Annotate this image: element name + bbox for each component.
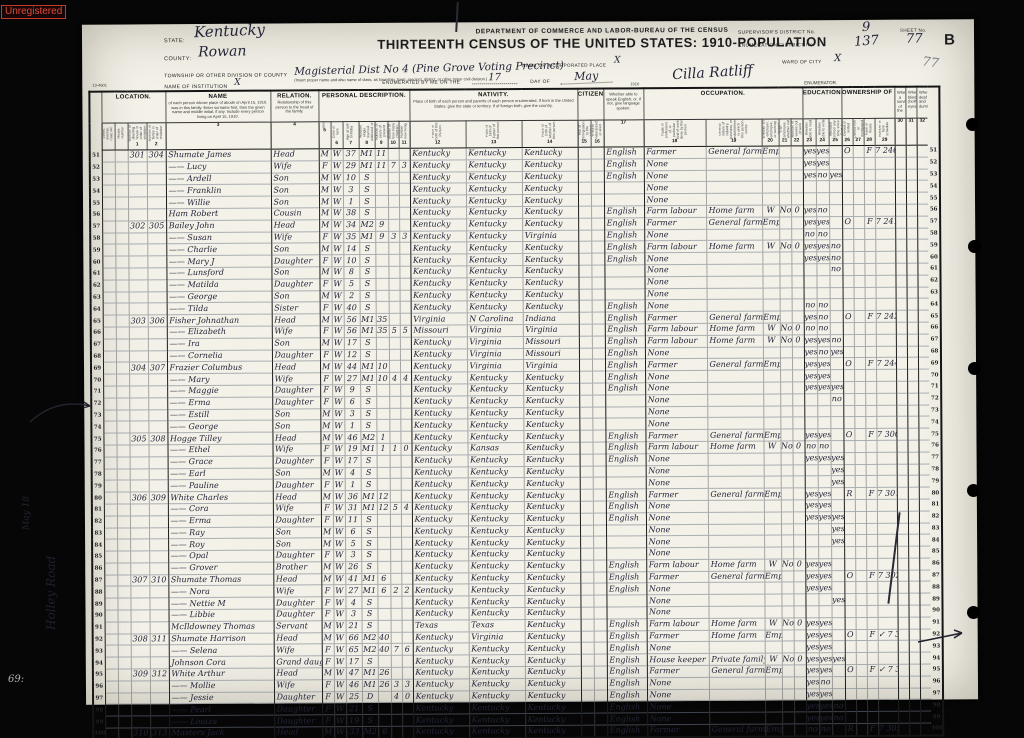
cell-dw [128,244,147,256]
cell-fh [865,370,876,382]
cell-bp: Kentucky [413,655,469,667]
cell-ow [780,405,792,417]
cell-wk [792,370,804,382]
cell-cb [390,538,401,550]
cell-rl: Daughter [273,455,321,467]
cell-wr: no [817,323,830,335]
cell-on [843,381,854,393]
cell-vet [895,216,906,228]
cell-rl: Daughter [273,514,321,526]
cell-on [843,287,854,299]
cell-bl [907,322,918,334]
cell-nt [593,525,606,537]
cell-street [104,516,117,528]
line-number-left: 93 [93,646,105,658]
cell-en: English [605,300,645,312]
cell-iy [581,690,594,702]
cell-dw: 301 [128,150,147,162]
cell-df [919,523,930,535]
cell-rl: Head [272,314,320,326]
cell-bf: Kentucky [467,289,523,301]
cell-wk [793,488,805,500]
cell-bp: Kentucky [413,714,469,726]
line-number-right: 59 [928,239,940,251]
cell-house [118,681,131,693]
cell-fs [876,346,896,358]
cell-ind: Home farm [708,441,764,453]
cell-bm: Kentucky [523,383,579,395]
cell-em: Emp [762,217,779,229]
cell-ym [377,467,390,479]
cell-nt [593,489,606,501]
cell-dw: 310 [131,728,150,738]
cell-dw [130,551,149,563]
cell-house [117,516,130,528]
cell-sx: F [321,503,333,515]
cell-wr: yes [818,500,831,512]
cell-fm: 309 [149,492,168,504]
cell-ag: 3 [344,408,360,420]
cell-ms: S [360,337,376,349]
line-number-left: 69 [91,362,103,374]
cell-ag: 31 [345,502,361,514]
column-header-19: General nature of industry, business, or… [706,119,762,146]
cell-rl: Daughter [274,703,322,715]
cell-df [918,334,929,346]
cell-house [115,209,128,221]
line-number-right: 67 [929,334,941,346]
line-number-right: 81 [930,499,942,511]
cell-cl: 4 [400,372,411,384]
cell-fm [148,291,167,303]
hole-arrow [916,626,968,646]
cell-fs [876,322,896,334]
cell-nm: —— Elizabeth [167,326,272,338]
cell-bf: Kentucky [467,419,523,431]
cell-fr [856,629,867,641]
cell-bf: Kentucky [468,454,524,466]
cell-vet [898,617,909,629]
cell-iy [579,359,592,371]
cell-cb [391,667,402,679]
cell-fs [877,511,897,523]
cell-oc: None [644,264,706,276]
cell-fm [149,468,168,480]
cell-rl: Sister [272,302,320,314]
cell-ms: M2 [362,632,378,644]
cell-cb [389,361,400,373]
cell-nm: —— Franklin [166,184,271,196]
cell-on [842,181,853,193]
enumerated-label: ENUMERATED BY ME ON THE [382,80,460,85]
line-number-left: 70 [91,374,103,386]
cell-street [104,504,117,516]
county-value: Rowan [198,43,247,60]
cell-dw [131,716,150,728]
cell-rl: Son [273,467,321,479]
cell-ind [708,512,764,524]
cell-sc [831,558,844,570]
cell-ms: S [360,420,376,432]
cell-oc: Farmer [647,724,709,737]
column-header-24: Whether able to write24 [816,119,829,146]
cell-fr [856,712,867,724]
cell-iy [580,466,593,478]
cell-sc [829,193,842,205]
cell-df [918,416,929,428]
cell-em [765,606,782,618]
cell-bl [906,145,917,157]
column-header-7: Age at last birthday7 [343,122,359,149]
cell-fh [867,617,878,629]
cell-bp: Kentucky [412,490,468,502]
cell-ind [707,417,763,429]
cell-em [763,288,780,300]
cell-oc: None [646,524,708,536]
cell-en: English [605,430,645,442]
cell-vet [897,452,908,464]
cell-iy [581,702,594,714]
cell-wk [791,252,803,264]
cell-ms: S [359,255,375,267]
cell-em [764,594,781,606]
line-number-left: 81 [92,504,104,516]
cell-em: W [764,441,781,453]
cell-bp: Kentucky [412,514,468,526]
line-number-left: 77 [92,457,104,469]
cell-fh: F [867,629,878,641]
cell-ow [779,158,791,170]
line-number-right: 95 [931,664,943,676]
cell-en: English [607,713,647,725]
cell-bl [907,357,918,369]
cell-ind [706,229,762,241]
cell-house [116,445,129,457]
cell-cl [400,278,411,290]
line-number-right: 98 [931,699,943,711]
cell-fr [853,228,864,240]
cell-house [118,704,131,716]
cell-cb [390,479,401,491]
cell-cb [390,549,401,561]
cell-cr: W [332,361,344,373]
line-number-right: 90 [931,605,943,617]
cell-wr: no [818,441,831,453]
cell-street [102,174,115,186]
cell-fs [878,605,898,617]
cell-on [842,193,853,205]
cell-ag: 38 [343,208,359,220]
cell-sc [832,688,845,700]
column-header-20: Whether an employer, employee, or workin… [762,119,779,146]
cell-cl [402,714,413,726]
cell-cb: 1 [390,443,401,455]
cell-bf: Kentucky [466,183,522,195]
punch-hole [968,362,981,375]
cell-wr [816,193,829,205]
cell-ind [708,547,764,559]
cell-fr [854,417,865,429]
cell-wk [792,287,804,299]
cell-bm: Kentucky [522,171,578,183]
cell-on: O [842,216,853,228]
cell-cb: 4 [389,372,400,384]
cell-wk [791,276,803,288]
cell-fh [865,417,876,429]
cell-dw [131,622,150,634]
day-of-label: DAY OF [530,80,550,85]
cell-en: English [605,312,645,324]
cell-wr: yes [818,582,831,594]
cell-dw [129,339,148,351]
cell-ym: 35 [376,325,389,337]
cell-ind [706,193,762,205]
cell-ym [375,266,388,278]
cell-oc: Farm labour [646,559,708,571]
cell-bl [906,228,917,240]
corner-margin-note: 69: [8,674,24,685]
cell-house [116,409,129,421]
cell-em: Emp [765,724,782,736]
cell-nt [594,678,607,690]
cell-bp: Kentucky [410,266,466,278]
cell-cb [391,715,402,727]
cell-rl: Daughter [273,479,321,491]
cell-ym: 6 [377,585,390,597]
cell-iy [578,194,591,206]
cell-bp: Kentucky [413,702,469,714]
cell-iy [579,430,592,442]
cell-sc [832,641,845,653]
cell-oc: Farm labour [647,618,709,630]
cell-rl: Daughter [272,349,320,361]
cell-rl: Cousin [271,208,319,220]
cell-on: O [845,665,856,677]
cell-ow [781,453,793,465]
cell-df [919,440,930,452]
cell-oc: None [644,276,706,288]
cell-ow [781,476,793,488]
cell-fr [856,665,867,677]
cell-bl [908,487,919,499]
cell-cr: W [332,278,344,290]
cell-fm [148,397,167,409]
cell-rd: yes [805,582,818,594]
cell-ow [782,689,794,701]
cell-street [102,197,115,209]
line-number-right: 61 [928,263,940,275]
cell-sx: F [320,349,332,361]
cell-street [103,327,116,339]
line-number-right: 96 [931,676,943,688]
cell-rd: yes [805,452,818,464]
cell-fr [856,641,867,653]
cell-wk: 0 [793,441,805,453]
cell-ag: 35 [343,231,359,243]
cell-iy [579,348,592,360]
cell-sx: M [320,361,332,373]
cell-ag: 1 [344,420,360,432]
cell-wr: yes [818,452,831,464]
cell-rd [804,276,817,288]
cell-en [605,288,645,300]
cell-bm: Kentucky [522,194,578,206]
cell-cr: W [334,703,346,715]
line-number-right: 79 [930,475,942,487]
cell-cl [402,608,413,620]
cell-cb [391,632,402,644]
cell-df [918,322,929,334]
cell-wr: yes [817,370,830,382]
cell-oc: Farmer [644,146,706,158]
cell-df [917,228,928,240]
column-header-18: Trade or profession of, or particular ki… [644,119,706,146]
cell-iy [579,371,592,383]
cell-em: Emp [763,311,780,323]
cell-ag: 4 [345,467,361,479]
cell-ow [781,594,793,606]
cell-em [764,464,781,476]
cell-wk [794,700,806,712]
cell-nm: Masters Jack [169,727,274,738]
cell-vet [896,322,907,334]
cell-fr [855,547,866,559]
cell-bm: Kentucky [523,301,579,313]
cell-iy [579,336,592,348]
cell-ow [781,488,793,500]
cell-vet [895,251,906,263]
cell-nm: White Arthur [169,668,274,680]
cell-fh [867,641,878,653]
cell-house [116,374,129,386]
cell-on [842,228,853,240]
cell-rl: Wife [272,326,320,338]
cell-cr: W [333,538,345,550]
cell-en [606,536,646,548]
line-number-left: 57 [90,221,102,233]
cell-bp: Kentucky [410,207,466,219]
line-number-left: 63 [91,292,103,304]
cell-ag: 56 [344,325,360,337]
cell-dw [130,527,149,539]
cell-wk [793,476,805,488]
cell-on: O [845,629,856,641]
cell-nt [594,666,607,678]
cell-df [918,369,929,381]
cell-on [844,535,855,547]
cell-on [844,499,855,511]
cell-fr [854,287,865,299]
cell-rl: Wife [272,373,320,385]
line-number-right: 94 [931,652,943,664]
cell-ym [378,715,391,727]
cell-bl [908,440,919,452]
cell-wr [818,594,831,606]
cell-fm [148,445,167,457]
cell-em: W [765,618,782,630]
cell-oc: None [646,465,708,477]
cell-on [845,641,856,653]
cell-em [764,547,781,559]
cell-en: English [605,336,645,348]
incorporated-value: X [614,55,620,65]
cell-wk: 0 [792,335,804,347]
cell-cb [389,420,400,432]
cell-fh [866,452,877,464]
line-number-right: 100 [931,723,943,735]
cell-bp: Kentucky [411,289,467,301]
cell-bf: Kentucky [469,726,525,738]
cell-rd: yes [804,429,817,441]
cell-bl [907,346,918,358]
cell-ms: S [361,455,377,467]
cell-bm: Virginia [523,324,579,336]
cell-street [102,209,115,221]
cell-vet [897,534,908,546]
cell-ag: 14 [343,243,359,255]
line-number-right: 77 [930,452,942,464]
cell-dw [128,268,147,280]
cell-sx: M [321,573,333,585]
cell-vet [896,346,907,358]
cell-iy [578,147,591,159]
cell-bm: Kentucky [524,548,580,560]
cell-rl: Wife [273,444,321,456]
cell-bp: Kentucky [410,242,466,254]
column-header-house: House number [115,123,128,150]
column-header-29: Number of farm schedule29 [875,118,895,145]
cell-em: W [765,653,782,665]
cell-ym [378,691,391,703]
cell-vet [898,711,909,723]
cell-df [918,381,929,393]
cell-iy [580,595,593,607]
cell-wk [791,264,803,276]
cell-cb [388,195,399,207]
cell-ym: 40 [378,644,391,656]
cell-sx: F [320,302,332,314]
cell-cr: W [333,585,345,597]
cell-df [917,204,928,216]
cell-on: O [843,429,854,441]
column-header-22: Number of weeks out of work during year … [791,119,803,146]
cell-house [116,315,129,327]
cell-cb [388,207,399,219]
cell-street [102,221,115,233]
column-header-4: 4 [271,122,319,149]
cell-vet [896,381,907,393]
cell-oc: Farmer [645,359,707,371]
cell-iy [578,241,591,253]
line-number-left: 62 [90,280,102,292]
cell-em [765,700,782,712]
cell-fh: F [867,723,878,735]
cell-sx: M [320,432,332,444]
cell-sc [829,228,842,240]
cell-ag: 19 [346,715,362,727]
cell-sc: yes [830,382,843,394]
column-header-street: Street, avenue, road, etc. [102,123,115,150]
line-number-right: 74 [929,416,941,428]
cell-bf: Kentucky [466,159,522,171]
cell-dw [129,327,148,339]
cell-fs [875,251,895,263]
cell-rl: Head [272,361,320,373]
cell-rl: Son [271,172,319,184]
column-header-26: Owned or rented26 [842,119,853,146]
cell-bp: Texas [413,620,469,632]
cell-fr [854,311,865,323]
